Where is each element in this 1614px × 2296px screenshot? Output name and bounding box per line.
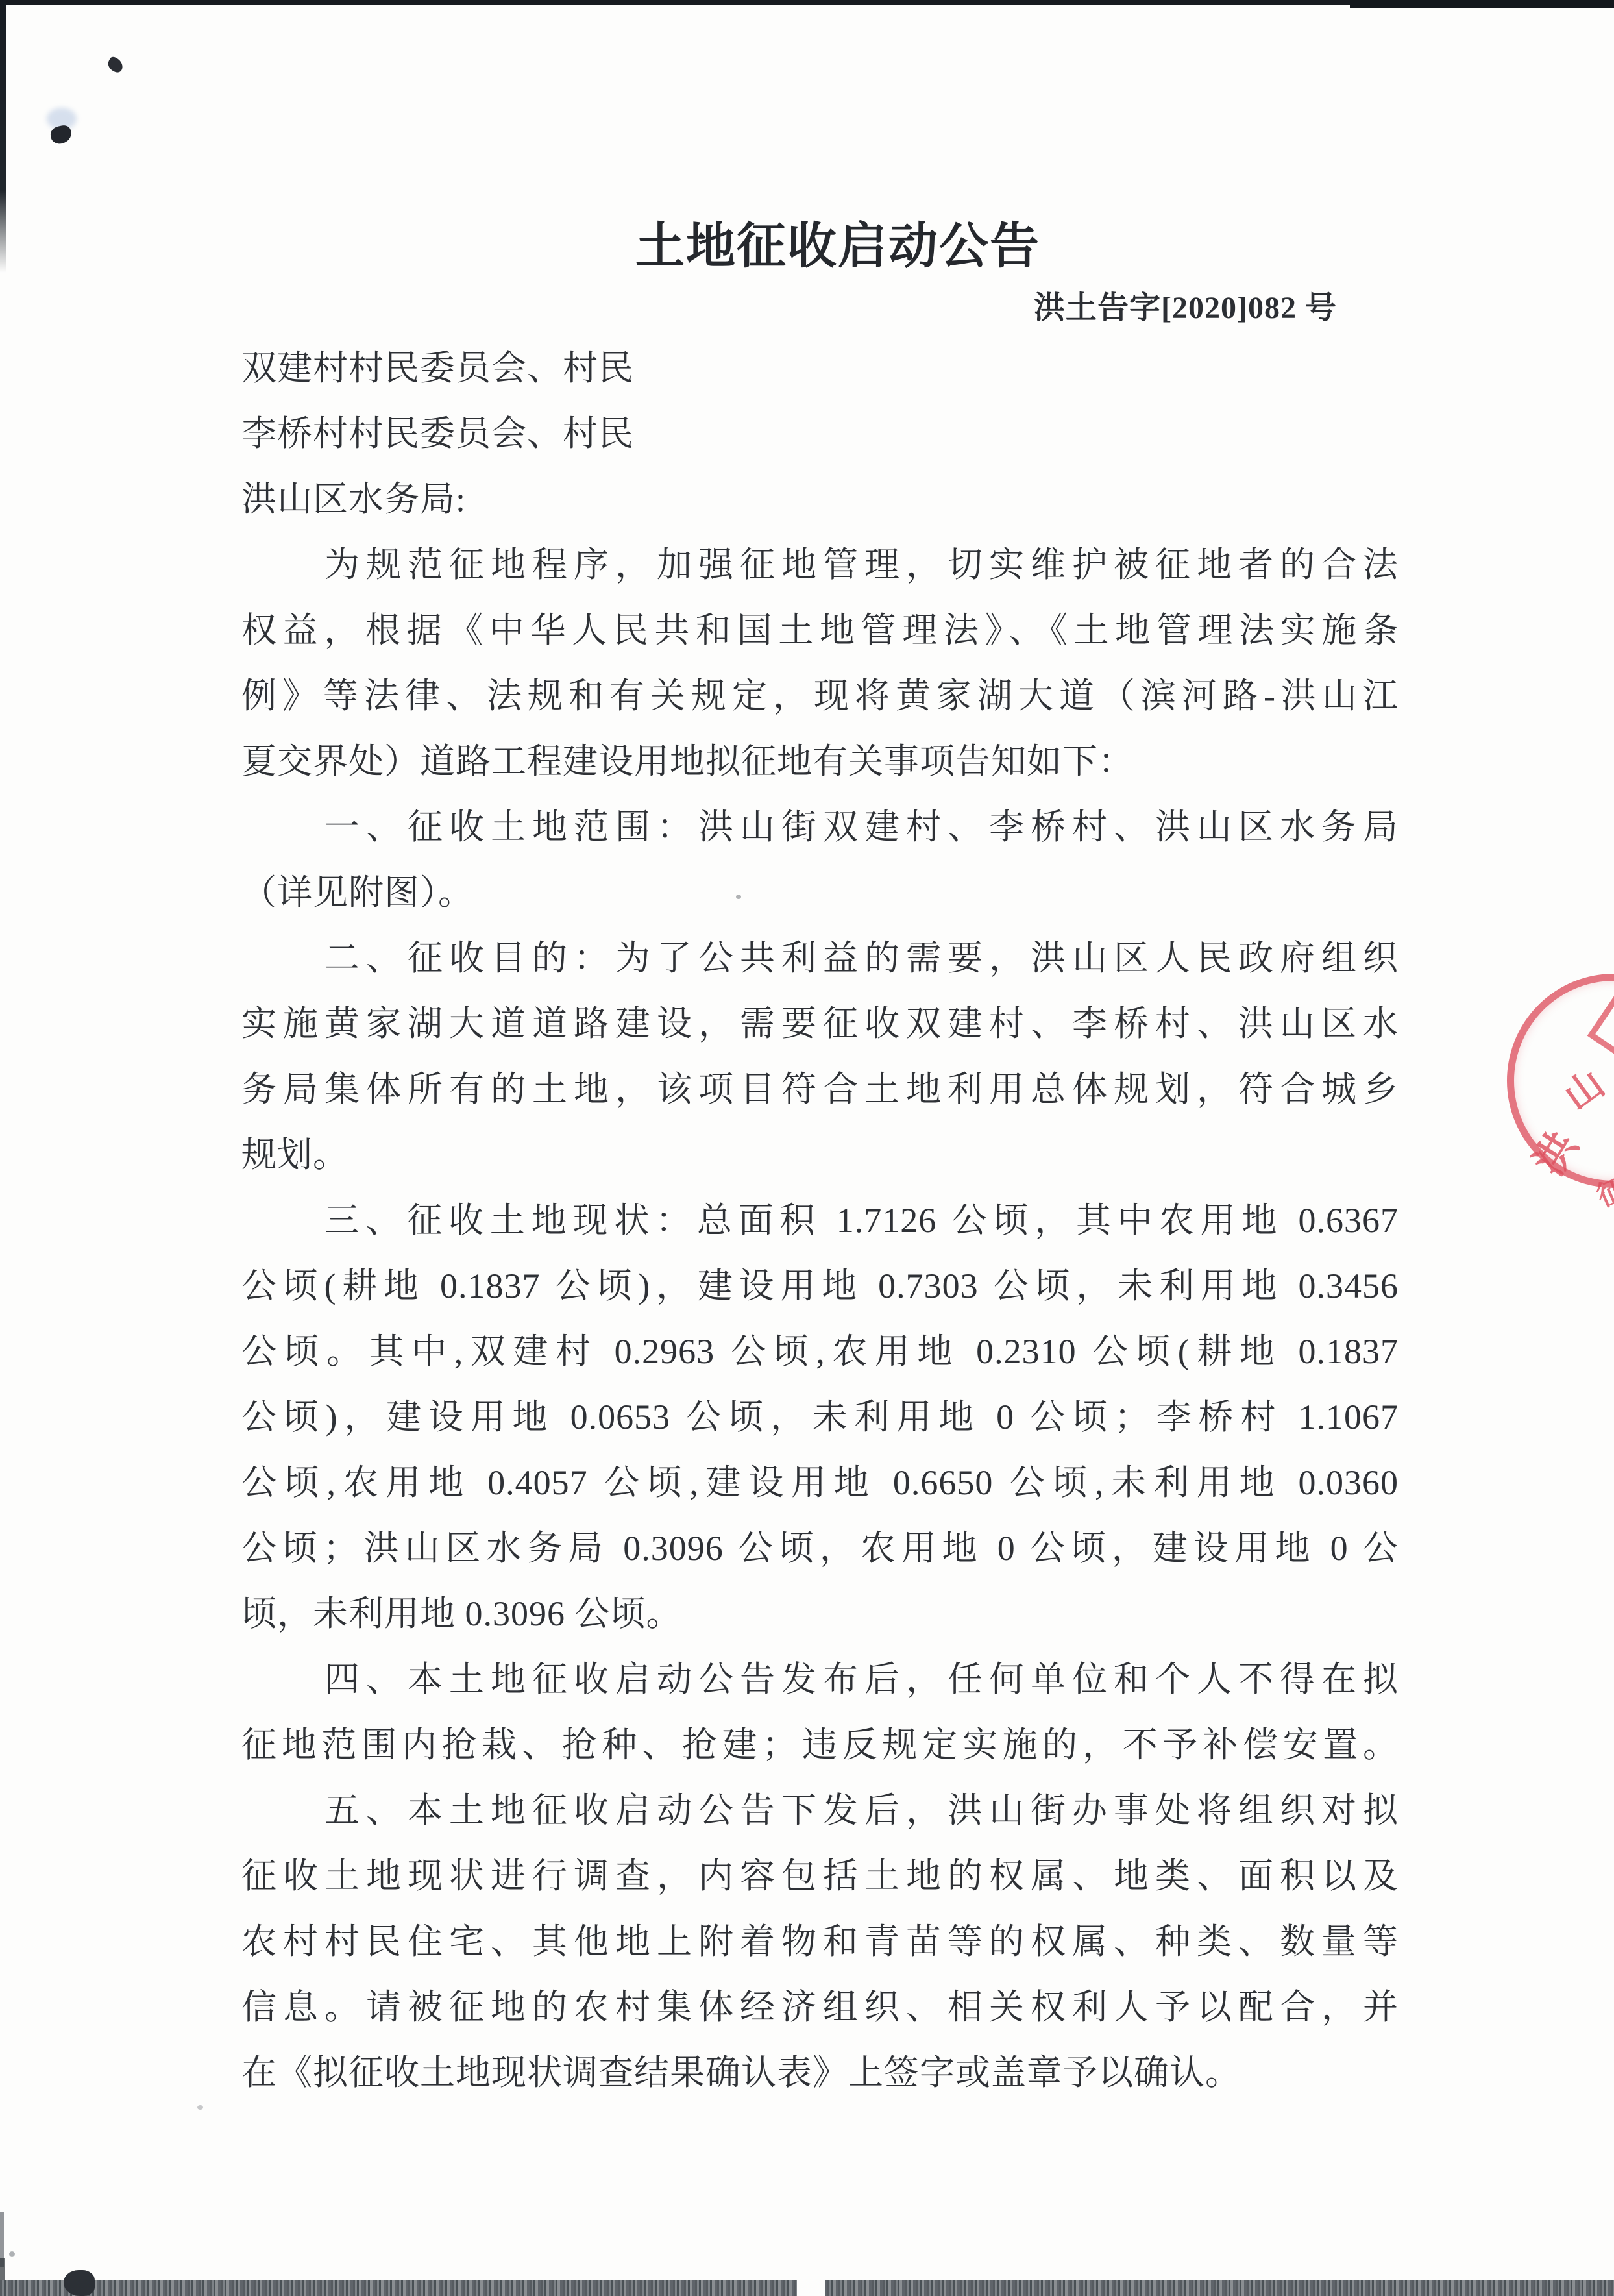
document-line: 信息。请被征地的农村集体经济组织、相关权利人予以配合，并: [241, 1975, 1399, 2040]
document-line: 务局集体所有的土地，该项目符合土地利用总体规划，符合城乡: [241, 1057, 1399, 1122]
official-seal-stamp: 洪 山 征 地: [1497, 963, 1614, 1199]
document-line: 公顷,农用地 0.4057 公顷,建设用地 0.6650 公顷,未利用地 0.0…: [241, 1450, 1399, 1516]
document-line: 实施黄家湖大道道路建设，需要征收双建村、李桥村、洪山区水: [241, 991, 1399, 1057]
document-line: 公顷。其中,双建村 0.2963 公顷,农用地 0.2310 公顷(耕地 0.1…: [241, 1319, 1399, 1385]
document-line: 公顷；洪山区水务局 0.3096 公顷，农用地 0 公顷，建设用地 0 公: [241, 1516, 1399, 1581]
document-line: 公顷)，建设用地 0.0653 公顷，未利用地 0 公顷；李桥村 1.1067: [241, 1385, 1399, 1450]
document-number: 洪土告字[2020]082 号: [1034, 289, 1337, 328]
document-line: 公顷(耕地 0.1837 公顷)，建设用地 0.7303 公顷，未利用地 0.3…: [241, 1253, 1399, 1319]
document-line: 洪山区水务局:: [241, 467, 1399, 532]
document-line: 五、本土地征收启动公告下发后，洪山街办事处将组织对拟: [241, 1778, 1399, 1844]
ink-speck: [9, 2251, 15, 2257]
document-line: 农村村民住宅、其他地上附着物和青苗等的权属、种类、数量等: [241, 1909, 1399, 1975]
document-line: 二、征收目的：为了公共利益的需要，洪山区人民政府组织: [241, 926, 1399, 991]
ink-speck: [106, 56, 126, 75]
document-line: 一、征收土地范围：洪山街双建村、李桥村、洪山区水务局: [241, 795, 1399, 860]
scan-edge-top-right: [1350, 0, 1614, 8]
document-line: 三、征收土地现状：总面积 1.7126 公顷，其中农用地 0.6367: [241, 1188, 1399, 1253]
document-line: 为规范征地程序，加强征地管理，切实维护被征地者的合法: [241, 532, 1399, 598]
document-line: 在《拟征收土地现状调查结果确认表》上签字或盖章予以确认。: [241, 2040, 1399, 2106]
document-line: 李桥村村民委员会、村民: [241, 401, 1399, 467]
document-title: 土地征收启动公告: [635, 218, 1040, 275]
document-line: （详见附图）。: [241, 860, 1399, 926]
scanned-document-page: 土地征收启动公告 洪土告字[2020]082 号 双建村村民委员会、村民李桥村村…: [0, 0, 1614, 2296]
document-line: 四、本土地征收启动公告发布后，任何单位和个人不得在拟: [241, 1647, 1399, 1712]
ink-speck: [197, 2105, 203, 2110]
scan-edge-left: [0, 0, 6, 273]
document-line: 征地范围内抢栽、抢种、抢建；违反规定实施的，不予补偿安置。: [241, 1712, 1399, 1778]
ink-blob-bottom: [64, 2270, 95, 2296]
document-line: 双建村村民委员会、村民: [241, 336, 1399, 401]
document-body: 双建村村民委员会、村民李桥村村民委员会、村民洪山区水务局: 为规范征地程序，加强…: [241, 336, 1399, 2106]
scan-edge-bottom-gap: [797, 2278, 825, 2296]
document-line: 顷，未利用地 0.3096 公顷。: [241, 1581, 1399, 1647]
document-line: 夏交界处）道路工程建设用地拟征地有关事项告知如下：: [241, 729, 1399, 795]
document-line: 规划。: [241, 1122, 1399, 1188]
document-line: 权益，根据《中华人民共和国土地管理法》、《土地管理法实施条: [241, 598, 1399, 663]
document-line: 例》等法律、法规和有关规定，现将黄家湖大道（滨河路-洪山江: [241, 663, 1399, 729]
document-line: 征收土地现状进行调查，内容包括土地的权属、地类、面积以及: [241, 1844, 1399, 1909]
